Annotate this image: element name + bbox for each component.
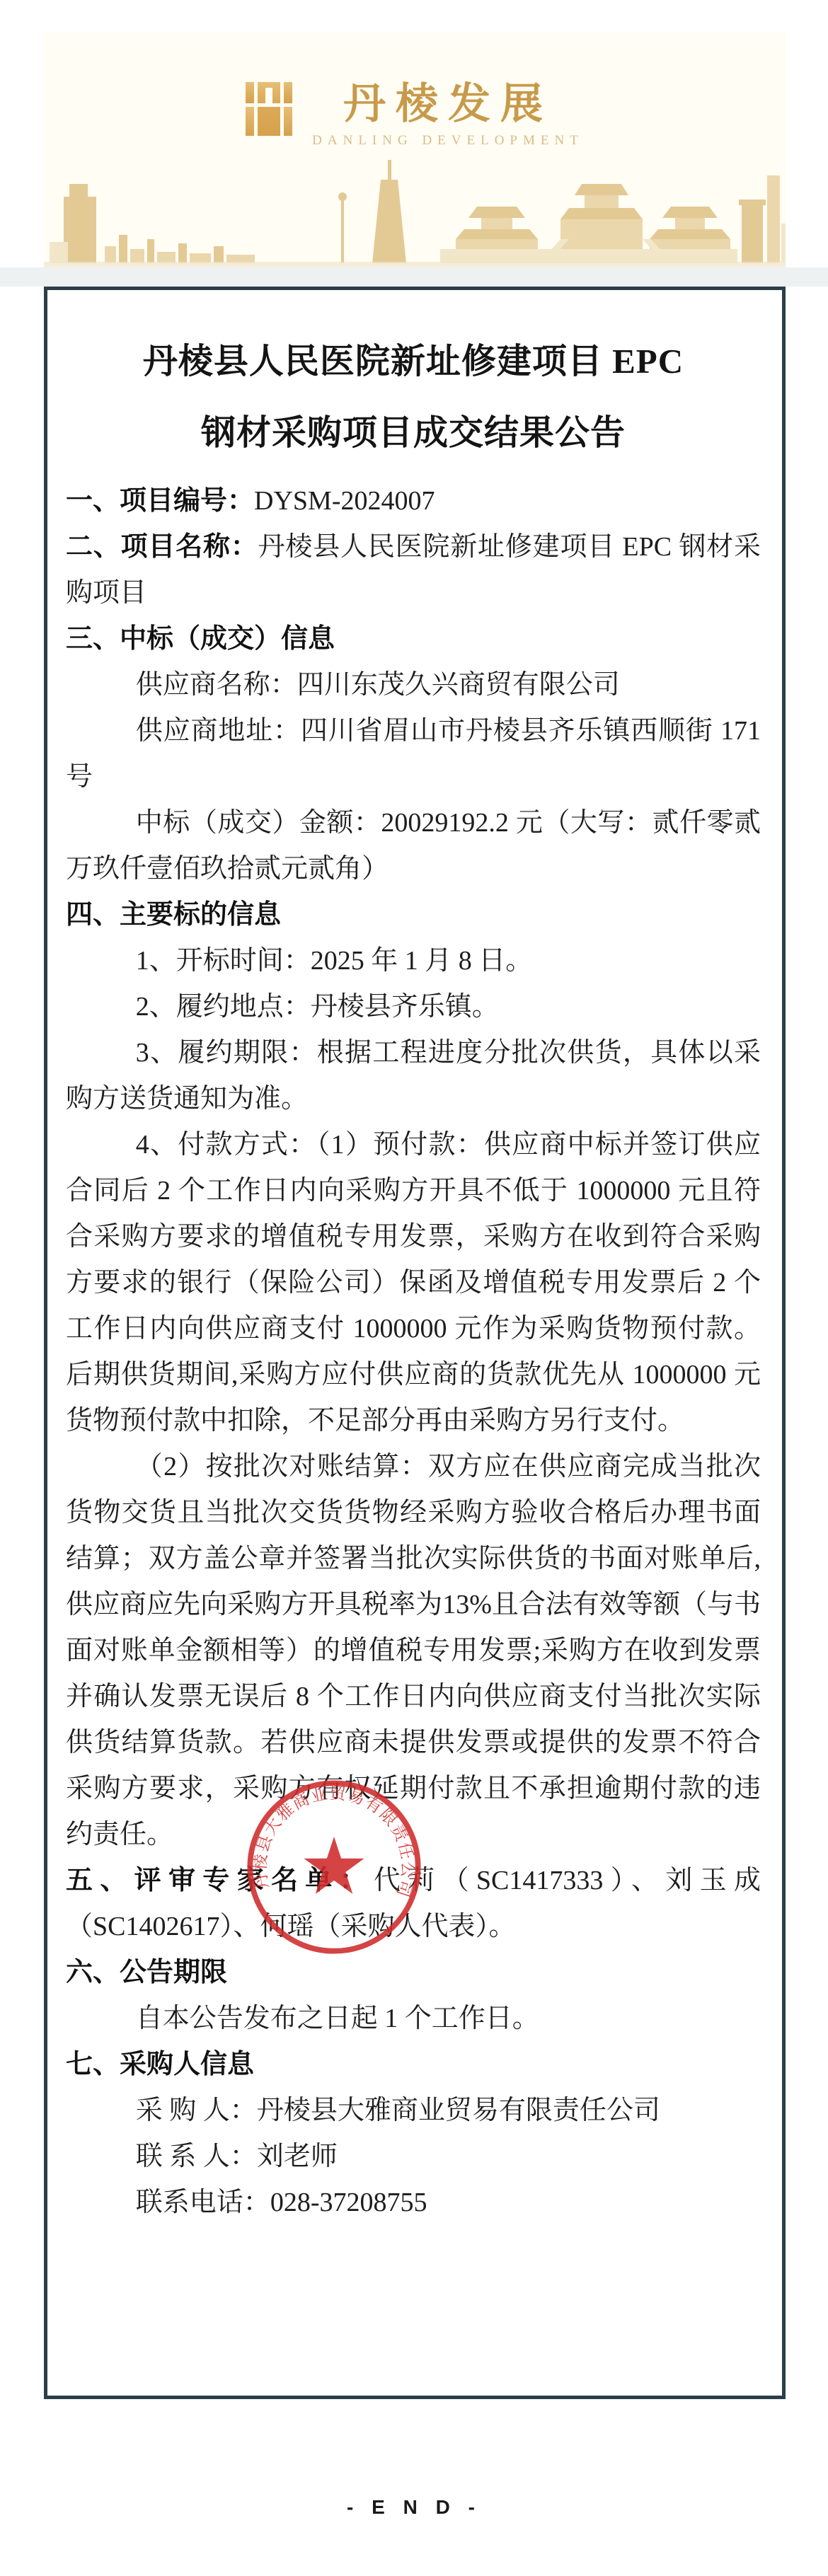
header-banner: 丹棱发展 DANLING DEVELOPMENT — [44, 33, 786, 267]
purchaser-label: 采 购 人： — [136, 2096, 257, 2125]
section-project-number-label: 一、项目编号： — [66, 486, 254, 516]
end-marker: - E N D - — [0, 2496, 828, 2519]
supplier-address-line: 供应商地址：四川省眉山市丹棱县齐乐镇西顺街 171 号 — [66, 708, 761, 800]
award-amount-line: 中标（成交）金额：20029192.2 元（大写：贰仟零贰万玖仟壹佰玖拾贰元贰角… — [66, 800, 761, 892]
project-number-value: DYSM-2024007 — [254, 486, 435, 516]
performance-period-line: 3、履约期限：根据工程进度分批次供货，具体以采购方送货通知为准。 — [66, 1030, 761, 1122]
contact-phone-label: 联系电话： — [136, 2188, 270, 2217]
brand-subtitle: DANLING DEVELOPMENT — [312, 133, 584, 149]
bid-opening-time-line: 1、开标时间：2025 年 1 月 8 日。 — [66, 938, 761, 984]
brand-mark-right-bars — [284, 82, 292, 136]
purchaser-value: 丹棱县大雅商业贸易有限责任公司 — [257, 2096, 660, 2125]
contact-phone-line: 联系电话：028-37208755 — [66, 2180, 761, 2226]
company-seal-stamp: 丹棱县大雅商业贸易有限责任公司 — [243, 1776, 425, 1958]
section-project-name: 二、项目名称：丹棱县人民医院新址修建项目 EPC 钢材采购项目 — [66, 524, 761, 616]
purchaser-line: 采 购 人：丹棱县大雅商业贸易有限责任公司 — [66, 2088, 761, 2134]
section-award-info-heading: 三、中标（成交）信息 — [66, 616, 761, 662]
section-project-number: 一、项目编号：DYSM-2024007 — [66, 478, 761, 524]
document-title-line1: 丹棱县人民医院新址修建项目 EPC — [66, 325, 761, 397]
contact-person-line: 联 系 人：刘老师 — [66, 2134, 761, 2180]
payment-method-prepay-paragraph: 4、付款方式：（1）预付款：供应商中标并签订供应合同后 2 个工作日内向采购方开… — [66, 1122, 761, 1444]
brand-text-block: 丹棱发展 DANLING DEVELOPMENT — [312, 79, 584, 149]
document-title-line2: 钢材采购项目成交结果公告 — [66, 397, 761, 468]
brand-mark-center-bar — [258, 82, 280, 136]
announcement-document: 丹棱县人民医院新址修建项目 EPC 钢材采购项目成交结果公告 一、项目编号：DY… — [44, 287, 786, 2399]
brand-logo: 丹棱发展 DANLING DEVELOPMENT — [44, 79, 786, 149]
performance-place-line: 2、履约地点：丹棱县齐乐镇。 — [66, 984, 761, 1030]
seal-star-icon — [304, 1837, 364, 1894]
brand-mark-left-bars — [246, 82, 254, 136]
supplier-name-line: 供应商名称：四川东茂久兴商贸有限公司 — [66, 662, 761, 708]
city-skyline-illustration — [44, 156, 786, 267]
section-purchaser-info-heading: 七、采购人信息 — [66, 2042, 761, 2088]
section-subject-info-heading: 四、主要标的信息 — [66, 892, 761, 938]
announcement-period-line: 自本公告发布之日起 1 个工作日。 — [66, 1996, 761, 2042]
page: 丹棱发展 DANLING DEVELOPMENT — [0, 0, 828, 2576]
brand-mark-icon — [246, 82, 292, 136]
section-project-name-label: 二、项目名称： — [66, 532, 258, 562]
contact-person-label: 联 系 人： — [136, 2142, 257, 2171]
contact-phone-value: 028-37208755 — [270, 2188, 427, 2217]
brand-name: 丹棱发展 — [343, 79, 553, 129]
divider-band — [0, 267, 828, 287]
contact-person-value: 刘老师 — [257, 2142, 338, 2171]
